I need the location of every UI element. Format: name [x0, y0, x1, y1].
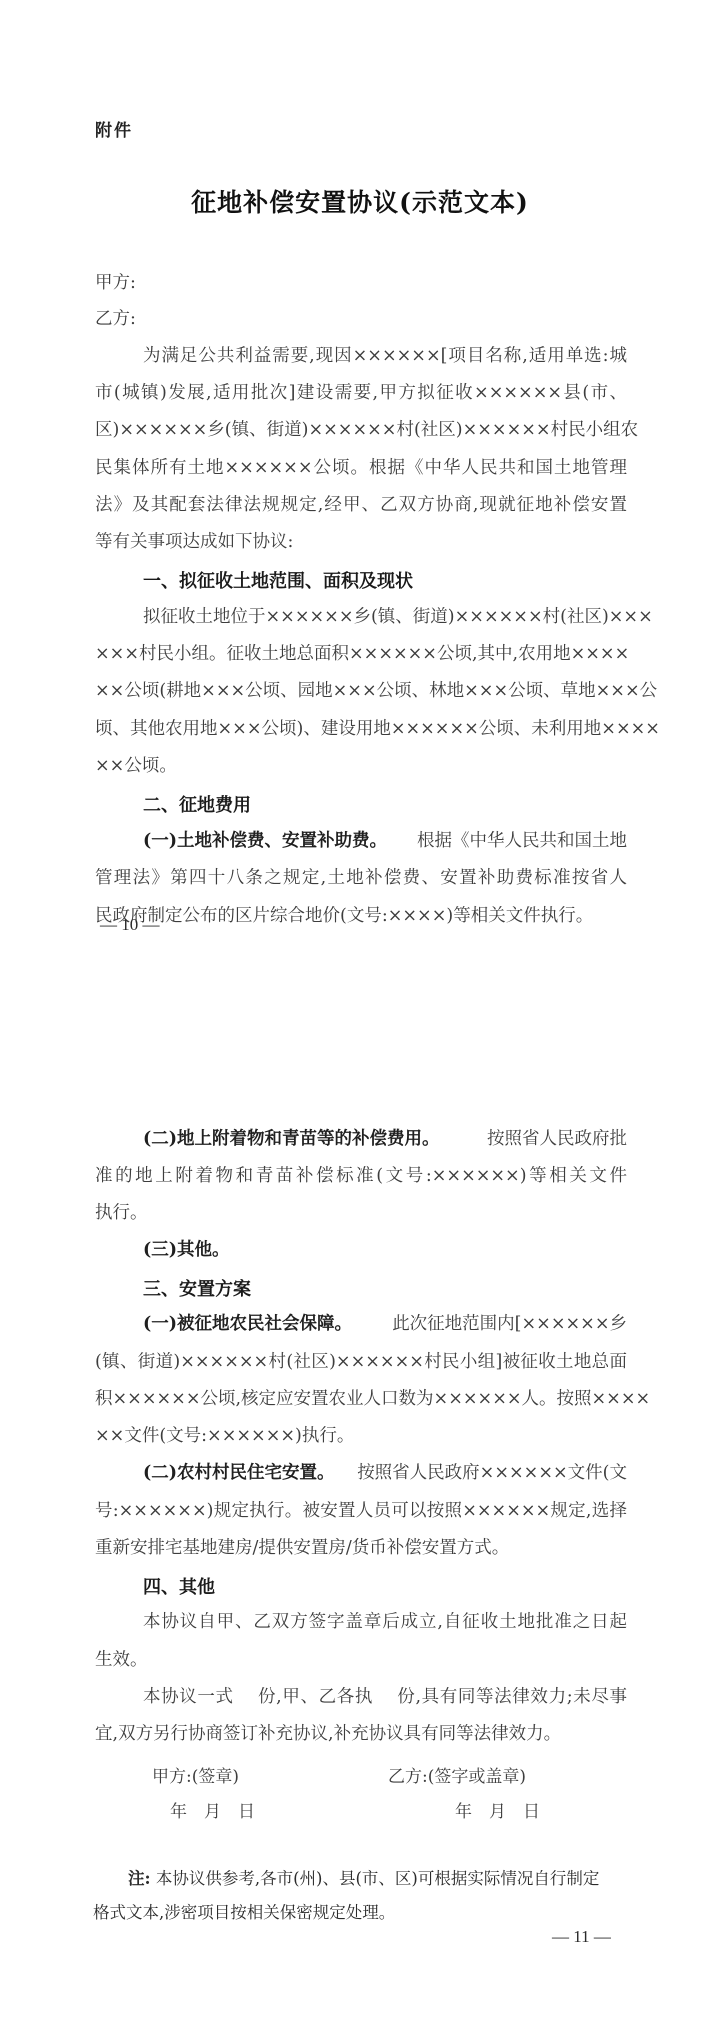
- section-4-line: 本协议一式 份,甲、乙各执 份,具有同等法律效力;未尽事: [143, 1685, 627, 1709]
- section-2-item-3: (三)其他。: [143, 1238, 627, 1262]
- section-3-item-2-lead: (二)农村村民住宅安置。: [143, 1461, 335, 1485]
- section-3-item-2-text: 按照省人民政府××××××文件(文: [357, 1461, 627, 1485]
- section-3-item-2-line: 重新安排宅基地建房/提供安置房/货币补偿安置方式。: [95, 1536, 627, 1560]
- note-label: 注:: [128, 1869, 151, 1888]
- note-text-1: 本协议供参考,各市(州)、县(市、区)可根据实际情况自行制定: [156, 1869, 600, 1888]
- page-number-11: — 11 —: [552, 1927, 611, 1947]
- section-2-item-2-text: 按照省人民政府批: [487, 1127, 627, 1151]
- section-3-item-1-line: (镇、街道)××××××村(社区)××××××村民小组]被征收土地总面: [95, 1350, 627, 1374]
- section-2-item-2-first-line: (二)地上附着物和青苗等的补偿费用。 按照省人民政府批: [143, 1127, 627, 1151]
- preamble-line: 市(城镇)发展,适用批次]建设需要,甲方拟征收××××××县(市、: [95, 381, 627, 405]
- attachment-label: 附件: [95, 116, 133, 141]
- section-2-item-1-first-line: (一)土地补偿费、安置补助费。 根据《中华人民共和国土地: [143, 829, 627, 853]
- section-4-heading: 四、其他: [143, 1573, 215, 1599]
- section-2-item-2-line: 准的地上附着物和青苗补偿标准(文号:××××××)等相关文件: [95, 1164, 627, 1188]
- section-1-line: 拟征收土地位于××××××乡(镇、街道)××××××村(社区)×××: [143, 605, 627, 629]
- section-2-item-1-line: 管理法》第四十八条之规定,土地补偿费、安置补助费标准按省人: [95, 866, 627, 890]
- party-b-label: 乙方:: [95, 307, 136, 331]
- preamble-line: 等有关事项达成如下协议:: [95, 530, 627, 554]
- section-2-item-2-lead: (二)地上附着物和青苗等的补偿费用。: [143, 1127, 440, 1151]
- section-3-item-2-first-line: (二)农村村民住宅安置。 按照省人民政府××××××文件(文: [143, 1461, 627, 1485]
- section-2-item-1-line: 民政府制定公布的区片综合地价(文号:××××)等相关文件执行。: [95, 904, 627, 928]
- section-3-item-1-text: 此次征地范围内[××××××乡: [392, 1312, 627, 1336]
- section-1-line: ×××村民小组。征收土地总面积××××××公顷,其中,农用地××××: [95, 642, 627, 666]
- party-a-label: 甲方:: [95, 271, 136, 295]
- party-b-signature: 乙方:(签字或盖章): [388, 1762, 526, 1787]
- section-3-item-1-first-line: (一)被征地农民社会保障。 此次征地范围内[××××××乡: [143, 1312, 627, 1336]
- preamble-line: 区)××××××乡(镇、街道)××××××村(社区)××××××村民小组农: [95, 418, 627, 442]
- section-1-line: 顷、其他农用地×××公顷)、建设用地××××××公顷、未利用地××××: [95, 717, 627, 741]
- party-a-date: 年 月 日: [170, 1797, 255, 1822]
- section-2-item-1-lead: (一)土地补偿费、安置补助费。: [143, 829, 387, 853]
- document-title: 征地补偿安置协议(示范文本): [0, 183, 720, 219]
- section-4-line: 宜,双方另行协商签订补充协议,补充协议具有同等法律效力。: [95, 1722, 627, 1746]
- section-1-line: ××公顷(耕地×××公顷、园地×××公顷、林地×××公顷、草地×××公: [95, 679, 627, 703]
- section-3-item-1-lead: (一)被征地农民社会保障。: [143, 1312, 352, 1336]
- section-4-line: 生效。: [95, 1648, 627, 1672]
- section-3-item-1-line: 积××××××公顷,核定应安置农业人口数为××××××人。按照××××: [95, 1387, 627, 1411]
- preamble-line: 民集体所有土地××××××公顷。根据《中华人民共和国土地管理: [95, 456, 627, 480]
- page-number-10: — 10 —: [100, 915, 160, 935]
- note-line-1: 注: 本协议供参考,各市(州)、县(市、区)可根据实际情况自行制定: [128, 1865, 599, 1889]
- preamble-line: 为满足公共利益需要,现因××××××[项目名称,适用单选:城: [143, 344, 627, 368]
- section-2-heading: 二、征地费用: [143, 791, 251, 817]
- section-1-line: ××公顷。: [95, 754, 627, 778]
- preamble-line: 法》及其配套法律法规规定,经甲、乙双方协商,现就征地补偿安置: [95, 493, 627, 517]
- section-3-item-2-line: 号:××××××)规定执行。被安置人员可以按照××××××规定,选择: [95, 1499, 627, 1523]
- section-2-item-1-text: 根据《中华人民共和国土地: [417, 829, 627, 853]
- section-1-heading: 一、拟征收土地范围、面积及现状: [143, 567, 413, 593]
- party-a-signature: 甲方:(签章): [152, 1762, 239, 1787]
- section-2-item-2-line: 执行。: [95, 1201, 627, 1225]
- section-2-item-3-lead: (三)其他。: [143, 1240, 230, 1260]
- section-3-heading: 三、安置方案: [143, 1275, 251, 1301]
- party-b-date: 年 月 日: [455, 1797, 540, 1822]
- section-3-item-1-line: ××文件(文号:××××××)执行。: [95, 1424, 627, 1448]
- section-4-line: 本协议自甲、乙双方签字盖章后成立,自征收土地批准之日起: [143, 1610, 627, 1634]
- note-line-2: 格式文本,涉密项目按相关保密规定处理。: [93, 1899, 395, 1923]
